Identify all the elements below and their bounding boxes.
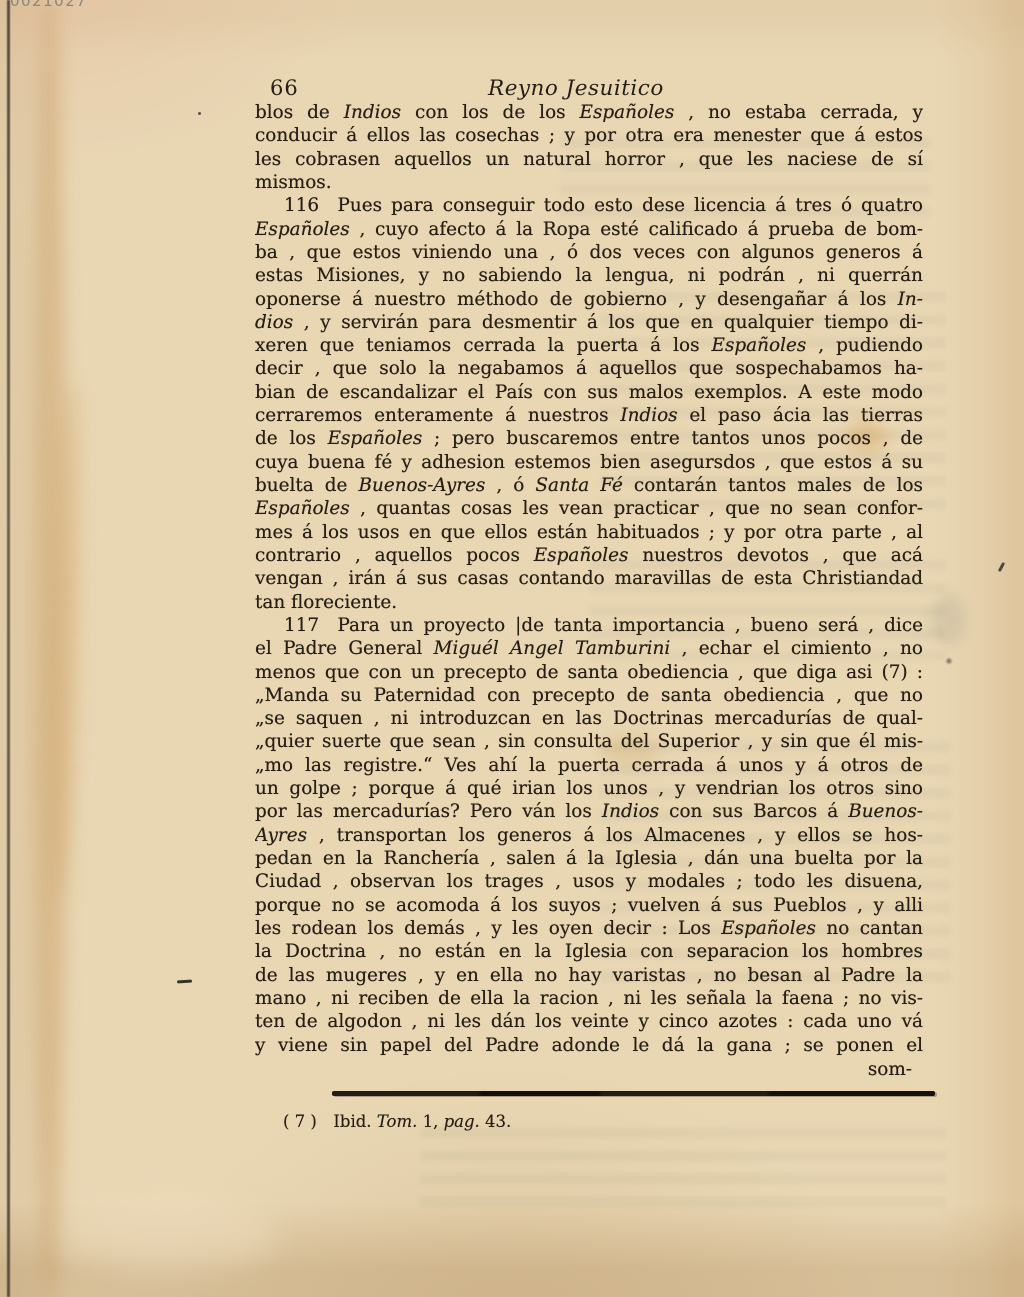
text-segment: mismos. — [255, 172, 332, 193]
text-segment: , transportan los generos á los Almacene… — [307, 825, 923, 846]
italic-text-segment: Españoles — [721, 918, 816, 939]
text-line: 116 Pues para conseguir todo esto dese l… — [255, 194, 923, 217]
text-line: Ciudad , observan los trages , usos y mo… — [255, 870, 923, 893]
text-segment: , pudiendo — [806, 335, 923, 356]
text-line: cerraremos enteramente á nuestros Indios… — [255, 404, 923, 427]
footnote-rule — [332, 1091, 935, 1096]
text-segment: blos de — [255, 102, 344, 123]
text-segment: la Doctrina , no están en la Iglesia con… — [255, 941, 923, 962]
text-segment: pedan en la Ranchería , salen á la Igles… — [255, 848, 923, 869]
catchword: som- — [868, 1058, 912, 1081]
text-line: por las mercadurías? Pero ván los Indios… — [255, 800, 923, 823]
text-line: tan floreciente. — [255, 591, 923, 614]
page-header: 66 Reyno Jesuitico — [255, 76, 923, 102]
italic-text-segment: Miguél Angel Tamburini — [434, 638, 671, 659]
text-segment: „se saquen , ni introduzcan en las Doctr… — [255, 708, 923, 729]
text-line: vengan , irán á sus casas contando marav… — [255, 567, 923, 590]
text-segment: porque no se acomoda á los suyos ; vuelv… — [255, 895, 923, 916]
text-line: de los Españoles ; pero buscaremos entre… — [255, 427, 923, 450]
italic-text-segment: Tom. — [377, 1112, 418, 1131]
italic-text-segment: Ayres — [255, 825, 307, 846]
italic-text-segment: pag. — [444, 1112, 480, 1131]
text-line: un golpe ; porque á qué irian los unos ,… — [255, 777, 923, 800]
text-segment: mano , ni reciben de ella la racion , ni… — [255, 988, 923, 1009]
text-segment: les cobrasen aquellos un natural horror … — [255, 149, 923, 170]
text-line: ba , que estos viniendo una , ó dos vece… — [255, 241, 923, 264]
text-segment: mes á los usos en que ellos están habitu… — [255, 522, 923, 543]
text-segment: conducir á ellos las cosechas ; y por ot… — [255, 125, 923, 146]
text-line: de las mugeres , y en ella no hay varist… — [255, 964, 923, 987]
text-segment: 117 Para un proyecto |de tanta importanc… — [284, 615, 923, 636]
text-segment: menos que con un precepto de santa obedi… — [255, 662, 923, 683]
text-segment: un golpe ; porque á qué irian los unos ,… — [255, 778, 923, 799]
text-segment: contarán tantos males de los — [623, 475, 923, 496]
text-segment: ten de algodon , ni les dán los veinte y… — [255, 1011, 923, 1032]
italic-text-segment: Buenos- — [848, 801, 923, 822]
text-segment: xeren que teniamos cerrada la puerta á l… — [255, 335, 712, 356]
text-segment: con los de los — [401, 102, 580, 123]
ink-showthrough — [420, 1128, 945, 1218]
text-segment: nuestros devotos , que acá — [628, 545, 923, 566]
text-segment: estas Misiones, y no sabiendo la lengua,… — [255, 265, 923, 286]
text-segment: „quier suerte que sean , sin consulta de… — [255, 731, 923, 752]
text-segment: el paso ácia las tierras — [678, 405, 923, 426]
text-segment: oponerse á nuestro méthodo de gobierno ,… — [255, 289, 898, 310]
text-line: porque no se acomoda á los suyos ; vuelv… — [255, 894, 923, 917]
text-segment: cerraremos enteramente á nuestros — [255, 405, 620, 426]
italic-text-segment: Santa Fé — [535, 475, 622, 496]
text-line: decir , que solo la negabamos á aquellos… — [255, 357, 923, 380]
body-text: blos de Indios con los de los Españoles … — [255, 101, 923, 1057]
text-line: conducir á ellos las cosechas ; y por ot… — [255, 124, 923, 147]
text-segment: ba , que estos viniendo una , ó dos vece… — [255, 242, 923, 263]
italic-text-segment: Españoles — [534, 545, 629, 566]
footnote-text: ( 7 ) Ibid. Tom. 1, pag. 43. — [283, 1112, 511, 1131]
text-line: pedan en la Ranchería , salen á la Igles… — [255, 847, 923, 870]
text-segment: 116 Pues para conseguir todo esto dese l… — [284, 195, 923, 216]
text-segment: no cantan — [816, 918, 923, 939]
text-segment: buelta de — [255, 475, 358, 496]
text-line: „quier suerte que sean , sin consulta de… — [255, 730, 923, 753]
ink-speck — [998, 562, 1005, 572]
text-line: y viene sin papel del Padre adonde le dá… — [255, 1034, 923, 1057]
text-segment: , cuyo afecto á la Ropa esté calificado … — [350, 219, 923, 240]
text-segment: con sus Barcos á — [659, 801, 848, 822]
ink-speck — [945, 657, 953, 665]
text-line: ten de algodon , ni les dán los veinte y… — [255, 1010, 923, 1033]
text-line: mano , ni reciben de ella la racion , ni… — [255, 987, 923, 1010]
text-line: blos de Indios con los de los Españoles … — [255, 101, 923, 124]
paper-stain — [60, 1200, 280, 1270]
page-edge-line — [7, 0, 10, 1297]
margin-pen-dash — [177, 979, 192, 983]
text-line: el Padre General Miguél Angel Tamburini … — [255, 637, 923, 660]
text-line: 117 Para un proyecto |de tanta importanc… — [255, 614, 923, 637]
text-line: xeren que teniamos cerrada la puerta á l… — [255, 334, 923, 357]
text-segment: 43. — [480, 1112, 512, 1131]
text-line: mismos. — [255, 171, 923, 194]
text-segment: bian de escandalizar el País con sus mal… — [255, 382, 923, 403]
text-line: contrario , aquellos pocos Españoles nue… — [255, 544, 923, 567]
scanned-book-page: 0021027 66 Reyno Jesuitico blos de Indio… — [0, 0, 1024, 1297]
text-line: menos que con un precepto de santa obedi… — [255, 661, 923, 684]
italic-text-segment: Indios — [620, 405, 677, 426]
text-segment: , quantas cosas les vean practicar , que… — [350, 498, 923, 519]
italic-text-segment: Buenos-Ayres — [358, 475, 485, 496]
text-segment: vengan , irán á sus casas contando marav… — [255, 568, 923, 589]
text-line: les cobrasen aquellos un natural horror … — [255, 148, 923, 171]
text-segment: „Manda su Paternidad con precepto de san… — [255, 685, 923, 706]
text-line: Españoles , quantas cosas les vean pract… — [255, 497, 923, 520]
text-segment: , y servirán para desmentir á los que en… — [293, 312, 923, 333]
text-segment: ; pero buscaremos entre tantos unos poco… — [422, 428, 923, 449]
text-line: estas Misiones, y no sabiendo la lengua,… — [255, 264, 923, 287]
text-segment: de las mugeres , y en ella no hay varist… — [255, 965, 923, 986]
text-segment: tan floreciente. — [255, 592, 397, 613]
text-segment: Ciudad , observan los trages , usos y mo… — [255, 871, 923, 892]
text-line: la Doctrina , no están en la Iglesia con… — [255, 940, 923, 963]
text-line: „mo las registre.“ Ves ahí la puerta cer… — [255, 754, 923, 777]
italic-text-segment: Españoles — [328, 428, 423, 449]
text-segment: , echar el cimiento , no — [670, 638, 923, 659]
italic-text-segment: Españoles — [712, 335, 807, 356]
italic-text-segment: Indios — [344, 102, 401, 123]
italic-text-segment: Españoles — [255, 498, 350, 519]
italic-text-segment: In- — [898, 289, 923, 310]
text-line: cuya buena fé y adhesion estemos bien as… — [255, 451, 923, 474]
text-line: bian de escandalizar el País con sus mal… — [255, 381, 923, 404]
text-line: les rodean los demás , y les oyen decir … — [255, 917, 923, 940]
text-line: oponerse á nuestro méthodo de gobierno ,… — [255, 288, 923, 311]
italic-text-segment: Indios — [602, 801, 659, 822]
text-segment: 1, — [417, 1112, 443, 1131]
italic-text-segment: dios — [255, 312, 293, 333]
corner-stamp-number: 0021027 — [10, 0, 87, 10]
text-line: dios , y servirán para desmentir á los q… — [255, 311, 923, 334]
italic-text-segment: Españoles — [580, 102, 675, 123]
text-segment: cuya buena fé y adhesion estemos bien as… — [255, 452, 923, 473]
text-segment: les rodean los demás , y les oyen decir … — [255, 918, 721, 939]
text-segment: , no estaba cerrada, y — [674, 102, 923, 123]
text-segment: , ó — [485, 475, 535, 496]
text-segment: y viene sin papel del Padre adonde le dá… — [255, 1035, 923, 1056]
text-segment: por las mercadurías? Pero ván los — [255, 801, 602, 822]
text-line: „se saquen , ni introduzcan en las Doctr… — [255, 707, 923, 730]
text-segment: ( 7 ) Ibid. — [283, 1112, 377, 1131]
running-title: Reyno Jesuitico — [488, 76, 664, 101]
text-line: mes á los usos en que ellos están habitu… — [255, 521, 923, 544]
text-segment: el Padre General — [255, 638, 434, 659]
text-segment: decir , que solo la negabamos á aquellos… — [255, 358, 923, 379]
text-segment: „mo las registre.“ Ves ahí la puerta cer… — [255, 755, 923, 776]
text-segment: contrario , aquellos pocos — [255, 545, 534, 566]
text-line: Ayres , transportan los generos á los Al… — [255, 824, 923, 847]
text-line: „Manda su Paternidad con precepto de san… — [255, 684, 923, 707]
text-segment: de los — [255, 428, 328, 449]
page-number: 66 — [270, 76, 299, 100]
text-line: Españoles , cuyo afecto á la Ropa esté c… — [255, 218, 923, 241]
text-line: buelta de Buenos-Ayres , ó Santa Fé cont… — [255, 474, 923, 497]
italic-text-segment: Españoles — [255, 219, 350, 240]
ink-speck — [198, 112, 201, 115]
